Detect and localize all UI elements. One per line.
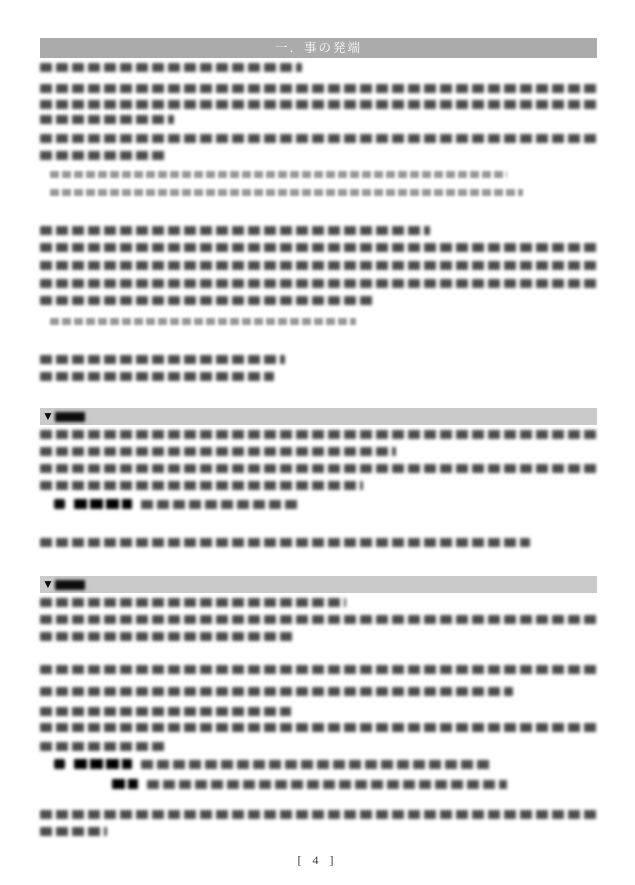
blurred-text-line [40,430,597,439]
section-header-bar: ▼ [40,408,597,425]
blurred-text-line [40,447,396,456]
blurred-text-line [40,723,597,732]
blurred-text-line [40,355,285,364]
blurred-note-line [50,171,507,178]
blurred-text-line [40,810,597,819]
blurred-text-line [40,134,597,143]
page-number: [ 4 ] [0,853,635,868]
blurred-text-line [40,687,513,696]
blurred-section-label [55,580,85,590]
blurred-note-line [50,189,523,196]
blurred-arrow-annotation-line [54,499,301,509]
triangle-marker-icon: ▼ [42,576,54,593]
blurred-label-annotation-line [112,779,507,789]
blurred-text-line [40,665,597,674]
blurred-text [141,760,491,769]
content-area: 一．事の発端 ▼▼ [40,0,597,885]
blurred-note-line [50,318,356,325]
blurred-text-line [40,226,430,235]
blurred-text-line [40,827,107,836]
blurred-arrow-annotation-line [54,759,491,769]
blurred-text-line [40,296,374,305]
blurred-text-line [40,707,291,716]
blurred-text [147,780,507,789]
blurred-text-line [40,261,597,270]
document-page: 一．事の発端 ▼▼ [ 4 ] [0,0,635,885]
blurred-bold-label [74,499,132,509]
blurred-bold-label [74,759,132,769]
arrow-bullet-icon [54,759,65,769]
blurred-text-line [40,63,302,72]
blurred-text [141,500,301,509]
section-header-bar: ▼ [40,576,597,593]
blurred-text-line [40,598,346,607]
arrow-bullet-icon [54,499,65,509]
chapter-title-bar: 一．事の発端 [40,38,597,58]
blurred-text-line [40,464,597,473]
blurred-text-line [40,151,168,160]
blurred-section-label [55,412,85,422]
blurred-bold-label [112,779,138,789]
blurred-text-line [40,742,168,751]
blurred-text-line [40,615,597,624]
blurred-text-line [40,372,274,381]
blurred-text-line [40,538,530,547]
blurred-text-line [40,279,597,288]
blurred-text-line [40,100,597,109]
blurred-text-line [40,243,597,252]
blurred-text-line [40,632,296,641]
triangle-marker-icon: ▼ [42,408,54,425]
blurred-text-line [40,84,597,93]
blurred-text-line [40,481,363,490]
blurred-text-line [40,115,174,124]
